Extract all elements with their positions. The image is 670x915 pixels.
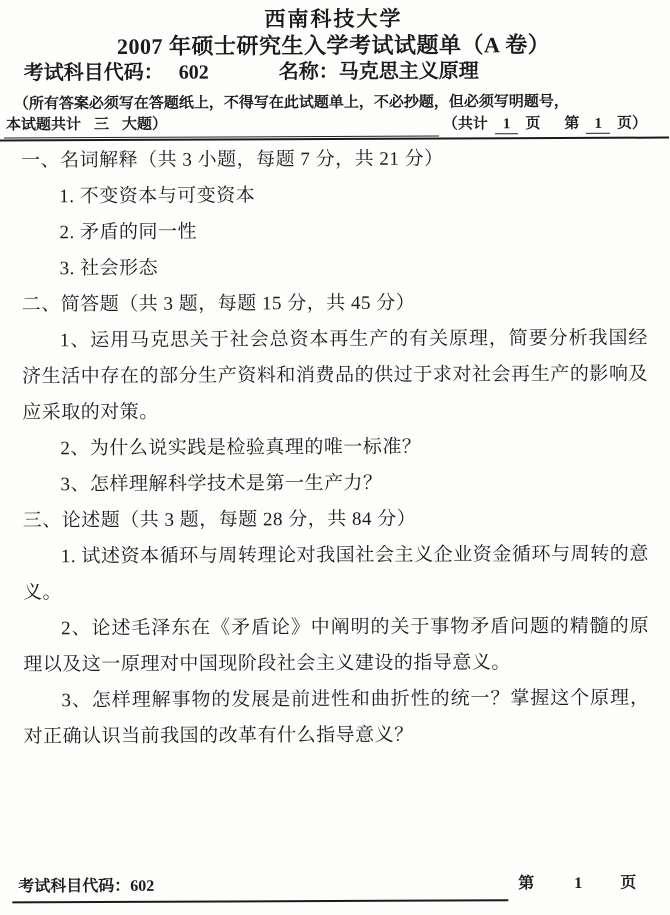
section-1: 一、名词解释（共 3 小题，每题 7 分，共 21 分） 1. 不变资本与可变资… — [21, 141, 648, 288]
subject-code-value: 602 — [179, 62, 209, 84]
exam-body: 一、名词解释（共 3 小题，每题 7 分，共 21 分） 1. 不变资本与可变资… — [21, 141, 650, 756]
subject-code-label: 考试科目代码： — [24, 62, 164, 85]
instructions-note-line2: 本试题共计三大题） （共计1页第1页） — [21, 114, 647, 139]
total-suffix: 大题） — [122, 117, 167, 133]
pages-total-unit: 页 — [525, 116, 540, 132]
question-item: 1. 不变资本与可变资本 — [21, 177, 647, 216]
university-name: 西南科技大学 — [20, 5, 646, 34]
question-item: 2、为什么说实践是检验真理的唯一标准？ — [22, 429, 648, 468]
pages-total-label: （共计 — [443, 116, 488, 132]
footer-page-unit: 页 — [620, 875, 636, 892]
footer-page-number: 第1页 — [508, 870, 670, 902]
total-sections-blank: 本试题共计三大题） — [4, 115, 439, 139]
footer-code-value: 602 — [130, 878, 154, 895]
question-item: 2. 矛盾的同一性 — [21, 213, 647, 252]
subject-name-value: 马克思主义原理 — [339, 60, 479, 83]
footer-page-value: 1 — [574, 875, 582, 892]
subject-line: 考试科目代码：602名称：马克思主义原理 — [24, 58, 647, 87]
subject-name-label: 名称： — [279, 61, 339, 83]
page-current-unit: 页） — [617, 116, 647, 132]
scanned-sheet: 西南科技大学 2007 年硕士研究生入学考试试题单（A 卷） 考试科目代码：60… — [0, 0, 670, 915]
instructions-note-line1: （所有答案必须写在答题纸上，不得写在此试题单上，不必抄题，但必须写明题号， — [14, 93, 647, 115]
section-heading: 二、简答题（共 3 题，每题 15 分，共 45 分） — [22, 285, 648, 324]
section-heading: 三、论述题（共 3 题，每题 28 分，共 84 分） — [23, 501, 649, 540]
page-footer: 考试科目代码：602 第1页 — [12, 870, 670, 904]
question-item: 3、怎样理解科学技术是第一生产力？ — [22, 465, 648, 504]
footer-subject-code: 考试科目代码：602 — [12, 871, 508, 903]
question-item: 1、运用马克思关于社会总资本再生产的有关原理，简要分析我国经济生活中存在的部分生… — [22, 321, 648, 432]
section-heading: 一、名词解释（共 3 小题，每题 7 分，共 21 分） — [21, 141, 647, 180]
footer-page-label: 第 — [518, 875, 534, 892]
question-item: 1. 试述资本循环与周转理论对我国社会主义企业资金循环与周转的意义。 — [23, 537, 649, 612]
total-sections-value: 三 — [94, 117, 109, 133]
exam-paper-page: 西南科技大学 2007 年硕士研究生入学考试试题单（A 卷） 考试科目代码：60… — [0, 0, 670, 915]
footer-code-label: 考试科目代码： — [18, 878, 130, 895]
question-item: 2、论述毛泽东在《矛盾论》中阐明的关于事物矛盾问题的精髓的原理以及这一原理对中国… — [23, 609, 649, 684]
exam-title: 2007 年硕士研究生入学考试试题单（A 卷） — [21, 31, 647, 61]
question-item: 3. 社会形态 — [21, 249, 647, 288]
section-2: 二、简答题（共 3 题，每题 15 分，共 45 分） 1、运用马克思关于社会总… — [22, 285, 649, 504]
page-current-value: 1 — [586, 116, 610, 134]
question-item: 3、怎样理解事物的发展是前进性和曲折性的统一？掌握这个原理，对正确认识当前我国的… — [23, 681, 649, 756]
page-current-label: 第 — [564, 116, 579, 132]
pages-total-value: 1 — [495, 116, 519, 134]
page-count-info: （共计1页第1页） — [439, 115, 647, 137]
total-prefix: 本试题共计 — [6, 117, 81, 133]
section-3: 三、论述题（共 3 题，每题 28 分，共 84 分） 1. 试述资本循环与周转… — [23, 501, 650, 756]
